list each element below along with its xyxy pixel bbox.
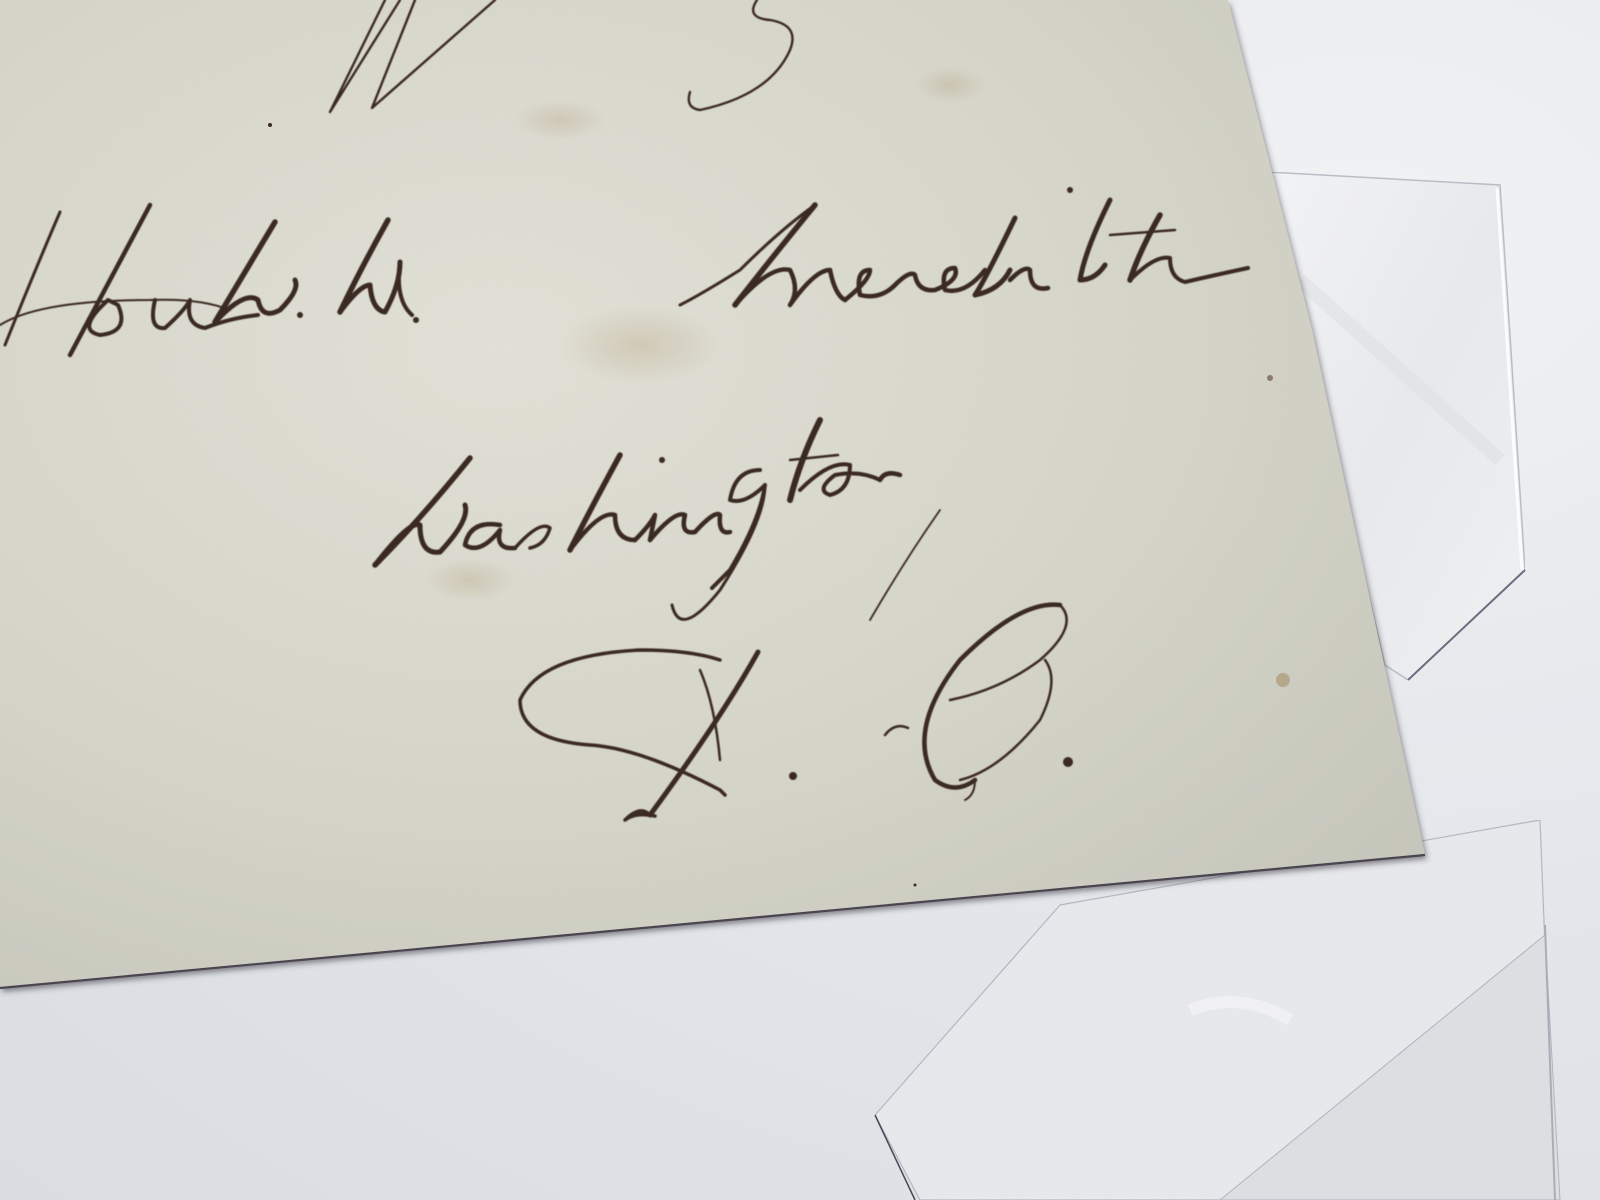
- envelope: [0, 0, 1425, 988]
- docket-mark-text: W 3: [0, 0, 1, 1]
- photo-scene: W 3 Hon. W. M. Meredith Washington D. C.…: [0, 0, 1600, 1200]
- envelope-photo: [0, 0, 1600, 1200]
